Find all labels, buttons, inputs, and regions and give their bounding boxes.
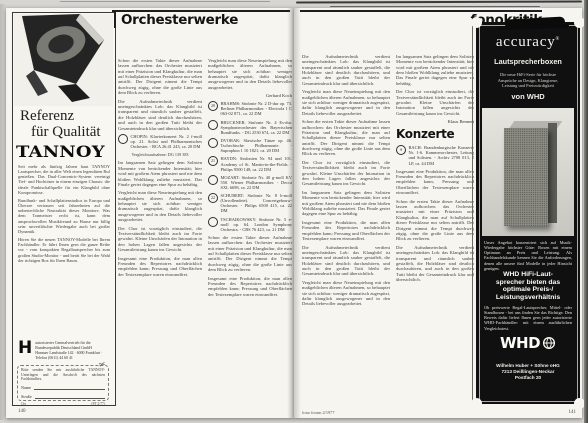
rating-circle-icon <box>208 138 218 148</box>
page-gutter-shadow <box>287 8 301 418</box>
left-page: Referenz für Qualität TANNOY Seit mehr a… <box>6 8 294 418</box>
review-paragraph: Im langsamen Satz gelingen dem Solisten … <box>396 54 474 86</box>
whd-logo: WHD <box>476 334 580 352</box>
tagline-line: Leistung und Preiswürdigkeit <box>476 83 580 89</box>
record-review-text: BRUCKNER: Sinfonie Nr. 4 Es-dur. Symphon… <box>221 120 293 135</box>
review-paragraph: Schon die ersten Takte dieser Aufnahme l… <box>302 119 390 157</box>
review-paragraph: Der Chor ist vorzüglich einstudiert, die… <box>302 160 390 187</box>
address-line: Postfach 20 <box>476 375 580 381</box>
rating-circle-icon <box>208 120 218 130</box>
page-number-left: 140 <box>18 409 26 414</box>
right-page-column-1: Die Aufnahmetechnik verdient uneingeschr… <box>302 54 390 410</box>
record-review-text: MOZART: Sinfonie Nr. 40 g-moll KV 550. W… <box>221 175 293 190</box>
record-review-text: CHOPIN: Klavierkonzert Nr. 2 f-moll op. … <box>131 134 203 149</box>
review-paragraph: Im langsamen Satz gelingen dem Solisten … <box>118 160 202 187</box>
rating-circle-icon: 20 <box>208 101 218 111</box>
column-paragraphs: Im langsamen Satz gelingen dem Solisten … <box>396 54 474 116</box>
rating-circle-icon <box>208 217 218 227</box>
claim-line: optimale Preis-/ <box>476 286 580 294</box>
review-paragraph: Vergleicht man diese Neueinspielung mit … <box>302 280 390 307</box>
rating-circle-icon <box>118 134 128 144</box>
accuracy-brand: accuracy® <box>476 34 580 51</box>
review-paragraph: Insgesamt eine Produktion, die man allen… <box>118 256 202 277</box>
coupon-write-line <box>34 385 105 390</box>
reviewer-byline: Gerhard Koch <box>208 93 292 98</box>
dealer-line: Bundesrepublik Deutschland GmbH <box>35 346 92 350</box>
review-paragraph: Insgesamt eine Produktion, die man allen… <box>208 276 292 297</box>
magazine-spread-scan: Referenz für Qualität TANNOY Seit mehr a… <box>0 0 588 423</box>
record-review-text: SCHUBERT: Sinfonie Nr. 8 h-moll (Unvolle… <box>221 193 293 213</box>
record-review-entry: 21 HAYDN: Sinfonien Nr. 94 und 101. Acad… <box>208 156 292 171</box>
right-page-column-2: Im langsamen Satz gelingen dem Solisten … <box>396 54 474 410</box>
review-paragraph: Die Aufnahmetechnik verdient uneingeschr… <box>396 245 474 283</box>
left-page-column-1: Schon die ersten Takte dieser Aufnahme l… <box>118 58 202 410</box>
magazine-footer: fono forum 2/1977 <box>302 410 334 415</box>
record-review-entry: TSCHAIKOWSKY: Sinfonie Nr. 5 e-moll op. … <box>208 217 292 232</box>
speaker-grille <box>504 128 548 226</box>
scan-artifact <box>296 1 582 4</box>
scan-artifact <box>330 6 540 7</box>
coupon-note-right: (FF 2/77) <box>91 402 105 406</box>
review-paragraph: Der Chor ist vorzüglich einstudiert, die… <box>118 226 202 253</box>
scan-edge-right <box>584 0 588 423</box>
column-divider-rule <box>472 22 473 404</box>
review-paragraph: Vergleicht man diese Neueinspielung mit … <box>118 190 202 222</box>
coupon-field-name: Name <box>21 385 105 390</box>
scan-artifact <box>60 1 270 2</box>
tannoy-paragraph: Seit mehr als fünfzig Jahren baut TANNOY… <box>18 164 110 195</box>
tannoy-ad: Referenz für Qualität TANNOY Seit mehr a… <box>12 12 116 406</box>
record-review-entry: 20 BRAHMS: Sinfonie Nr. 2 D-dur op. 73. … <box>208 101 292 116</box>
column-paragraphs: Vergleicht man diese Neueinspielung mit … <box>208 58 292 90</box>
record-review-list: 20 BRAHMS: Sinfonie Nr. 2 D-dur op. 73. … <box>208 101 292 232</box>
reviewer-byline: Klaus Bennert <box>396 119 474 124</box>
review-paragraph: Der Chor ist vorzüglich einstudiert, die… <box>396 89 474 116</box>
review-paragraph: Die Aufnahmetechnik verdient uneingeschr… <box>302 245 390 277</box>
tannoy-paragraph: Rundfunk- und Schallplattenstudios in Eu… <box>18 198 110 234</box>
coupon-intro-text: Bitte senden Sie mir ausführliche TANNOY… <box>21 368 105 382</box>
record-review-entry: MOZART: Sinfonie Nr. 40 g-moll KV 550. W… <box>208 175 292 190</box>
column-paragraphs: Die Aufnahmetechnik verdient uneingeschr… <box>302 54 390 307</box>
rating-circle-icon: 21 <box>208 156 218 166</box>
record-review-text: BACH: Brandenburgische Konzerte Nr. 1-6.… <box>409 145 475 165</box>
record-review-entry: 22 SCHUBERT: Sinfonie Nr. 8 h-moll (Unvo… <box>208 193 292 213</box>
section-title-orchesterwerke: Orchesterwerke <box>114 12 238 28</box>
record-review-entry: ✳ BACH: Brandenburgische Konzerte Nr. 1-… <box>396 145 474 165</box>
claim-line: sprecher bieten das <box>476 279 580 287</box>
record-review-entry: DVORAK: Slawische Tänze op. 46. Tschechi… <box>208 138 292 153</box>
tannoy-body-text: Seit mehr als fünfzig Jahren baut TANNOY… <box>18 164 110 340</box>
record-review-text: TSCHAIKOWSKY: Sinfonie Nr. 5 e-moll op. … <box>221 217 293 232</box>
accuracy-wordmark: accuracy <box>496 34 556 50</box>
coupon-notes: Ort (FF 2/77) <box>21 402 105 406</box>
ad-von-whd: von WHD <box>476 92 580 101</box>
tannoy-dealer-block: H autorisierter Generalvertrieb für die … <box>18 341 110 361</box>
speaker-side-face <box>548 123 557 223</box>
ad-subtitle: Lautsprecherboxen <box>476 57 580 66</box>
column-paragraphs: Schon die ersten Takte dieser Aufnahme l… <box>118 58 202 131</box>
record-review-text: DVORAK: Slawische Tänze op. 46. Tschechi… <box>221 138 293 153</box>
tannoy-coupon: ✂ Bitte senden Sie mir ausführliche TANN… <box>17 365 109 401</box>
tannoy-speaker-photo <box>14 14 113 106</box>
dealer-address: autorisierter Generalvertrieb für die Bu… <box>35 341 110 361</box>
record-review-text: BRAHMS: Sinfonie Nr. 2 D-dur op. 73. Ber… <box>221 101 293 116</box>
coupon-write-line <box>35 394 105 399</box>
coupon-note-left: Ort <box>21 402 26 406</box>
ad-body-text-1: Unser Angebot konzentriert sich auf Musi… <box>484 240 572 271</box>
ad-tagline: Die neue HiFi-Serie für höchsteAnsprüche… <box>476 72 580 89</box>
column-paragraphs: Im langsamen Satz gelingen dem Solisten … <box>118 160 202 277</box>
column-paragraphs: Insgesamt eine Produktion, die man allen… <box>396 169 474 283</box>
rating-circle-icon: ✳ <box>396 145 406 155</box>
section-title-konzerte: Konzerte <box>396 127 474 141</box>
left-page-column-2: Vergleicht man diese Neueinspielung mit … <box>208 58 292 410</box>
column-paragraphs: Schon die ersten Takte dieser Aufnahme l… <box>208 235 292 297</box>
ad-claim: WHD HiFi-Laut-sprecher bieten dasoptimal… <box>476 271 580 301</box>
scan-edge-left <box>0 4 7 420</box>
ad-body-text-2: Ob preiswerte Regal-Lautsprecher, Mittel… <box>484 305 572 331</box>
whd-globe-icon <box>542 336 556 350</box>
whd-address: Wilhelm Huber + Söhne oHG7213 Deißlingen… <box>476 363 580 381</box>
tannoy-headline-line1: Referenz <box>20 108 74 125</box>
review-paragraph: Schon die ersten Takte dieser Aufnahme l… <box>208 235 292 273</box>
record-review-entry: CHOPIN: Klavierkonzert Nr. 2 f-moll op. … <box>118 134 202 149</box>
record-review-text: HAYDN: Sinfonien Nr. 94 und 101. Academy… <box>221 156 293 171</box>
comparison-note: Vergleichsaufnahme: DG 139 383 <box>118 152 202 157</box>
review-paragraph: Im langsamen Satz gelingen dem Solisten … <box>302 190 390 217</box>
review-paragraph: Die Aufnahmetechnik verdient uneingeschr… <box>302 54 390 86</box>
tannoy-wordmark: TANNOY <box>16 142 105 161</box>
coupon-field-street: Straße <box>21 394 105 399</box>
tannoy-paragraph: Hören Sie die neuen TANNOY-Modelle bei I… <box>18 237 110 263</box>
review-paragraph: Vergleicht man diese Neueinspielung mit … <box>302 89 390 116</box>
review-paragraph: Schon die ersten Takte dieser Aufnahme l… <box>118 58 202 96</box>
review-paragraph: Insgesamt eine Produktion, die man allen… <box>396 169 474 196</box>
rating-circle-icon: 22 <box>208 193 218 203</box>
claim-line: Leistungsverhältnis <box>476 294 580 302</box>
whd-accuracy-ad: accuracy® Lautsprecherboxen Die neue HiF… <box>476 22 580 404</box>
rating-circle-icon <box>208 175 218 185</box>
claim-line: WHD HiFi-Laut- <box>476 271 580 279</box>
review-paragraph: Insgesamt eine Produktion, die man allen… <box>302 220 390 241</box>
dealer-line: Hanauer Landstraße 142 · 6000 Frankfurt … <box>35 351 102 360</box>
dealer-logo: H <box>18 341 32 356</box>
dealer-line: autorisierter Generalvertrieb für die <box>35 341 90 345</box>
coupon-field-label: Straße <box>21 394 32 399</box>
review-paragraph: Vergleicht man diese Neueinspielung mit … <box>208 58 292 90</box>
registered-mark: ® <box>556 37 561 42</box>
speaker-product-photo <box>482 108 574 236</box>
review-paragraph: Schon die ersten Takte dieser Aufnahme l… <box>396 199 474 242</box>
record-review-entry: BRUCKNER: Sinfonie Nr. 4 Es-dur. Symphon… <box>208 120 292 135</box>
right-page: fonokritik Die Aufnahmetechnik verdient … <box>294 8 582 418</box>
tannoy-headline-line2: für Qualität <box>31 124 101 141</box>
page-number-right: 141 <box>569 410 577 415</box>
coupon-field-label: Name <box>21 385 31 390</box>
whd-wordmark: WHD <box>500 334 540 352</box>
review-paragraph: Die Aufnahmetechnik verdient uneingeschr… <box>118 99 202 131</box>
